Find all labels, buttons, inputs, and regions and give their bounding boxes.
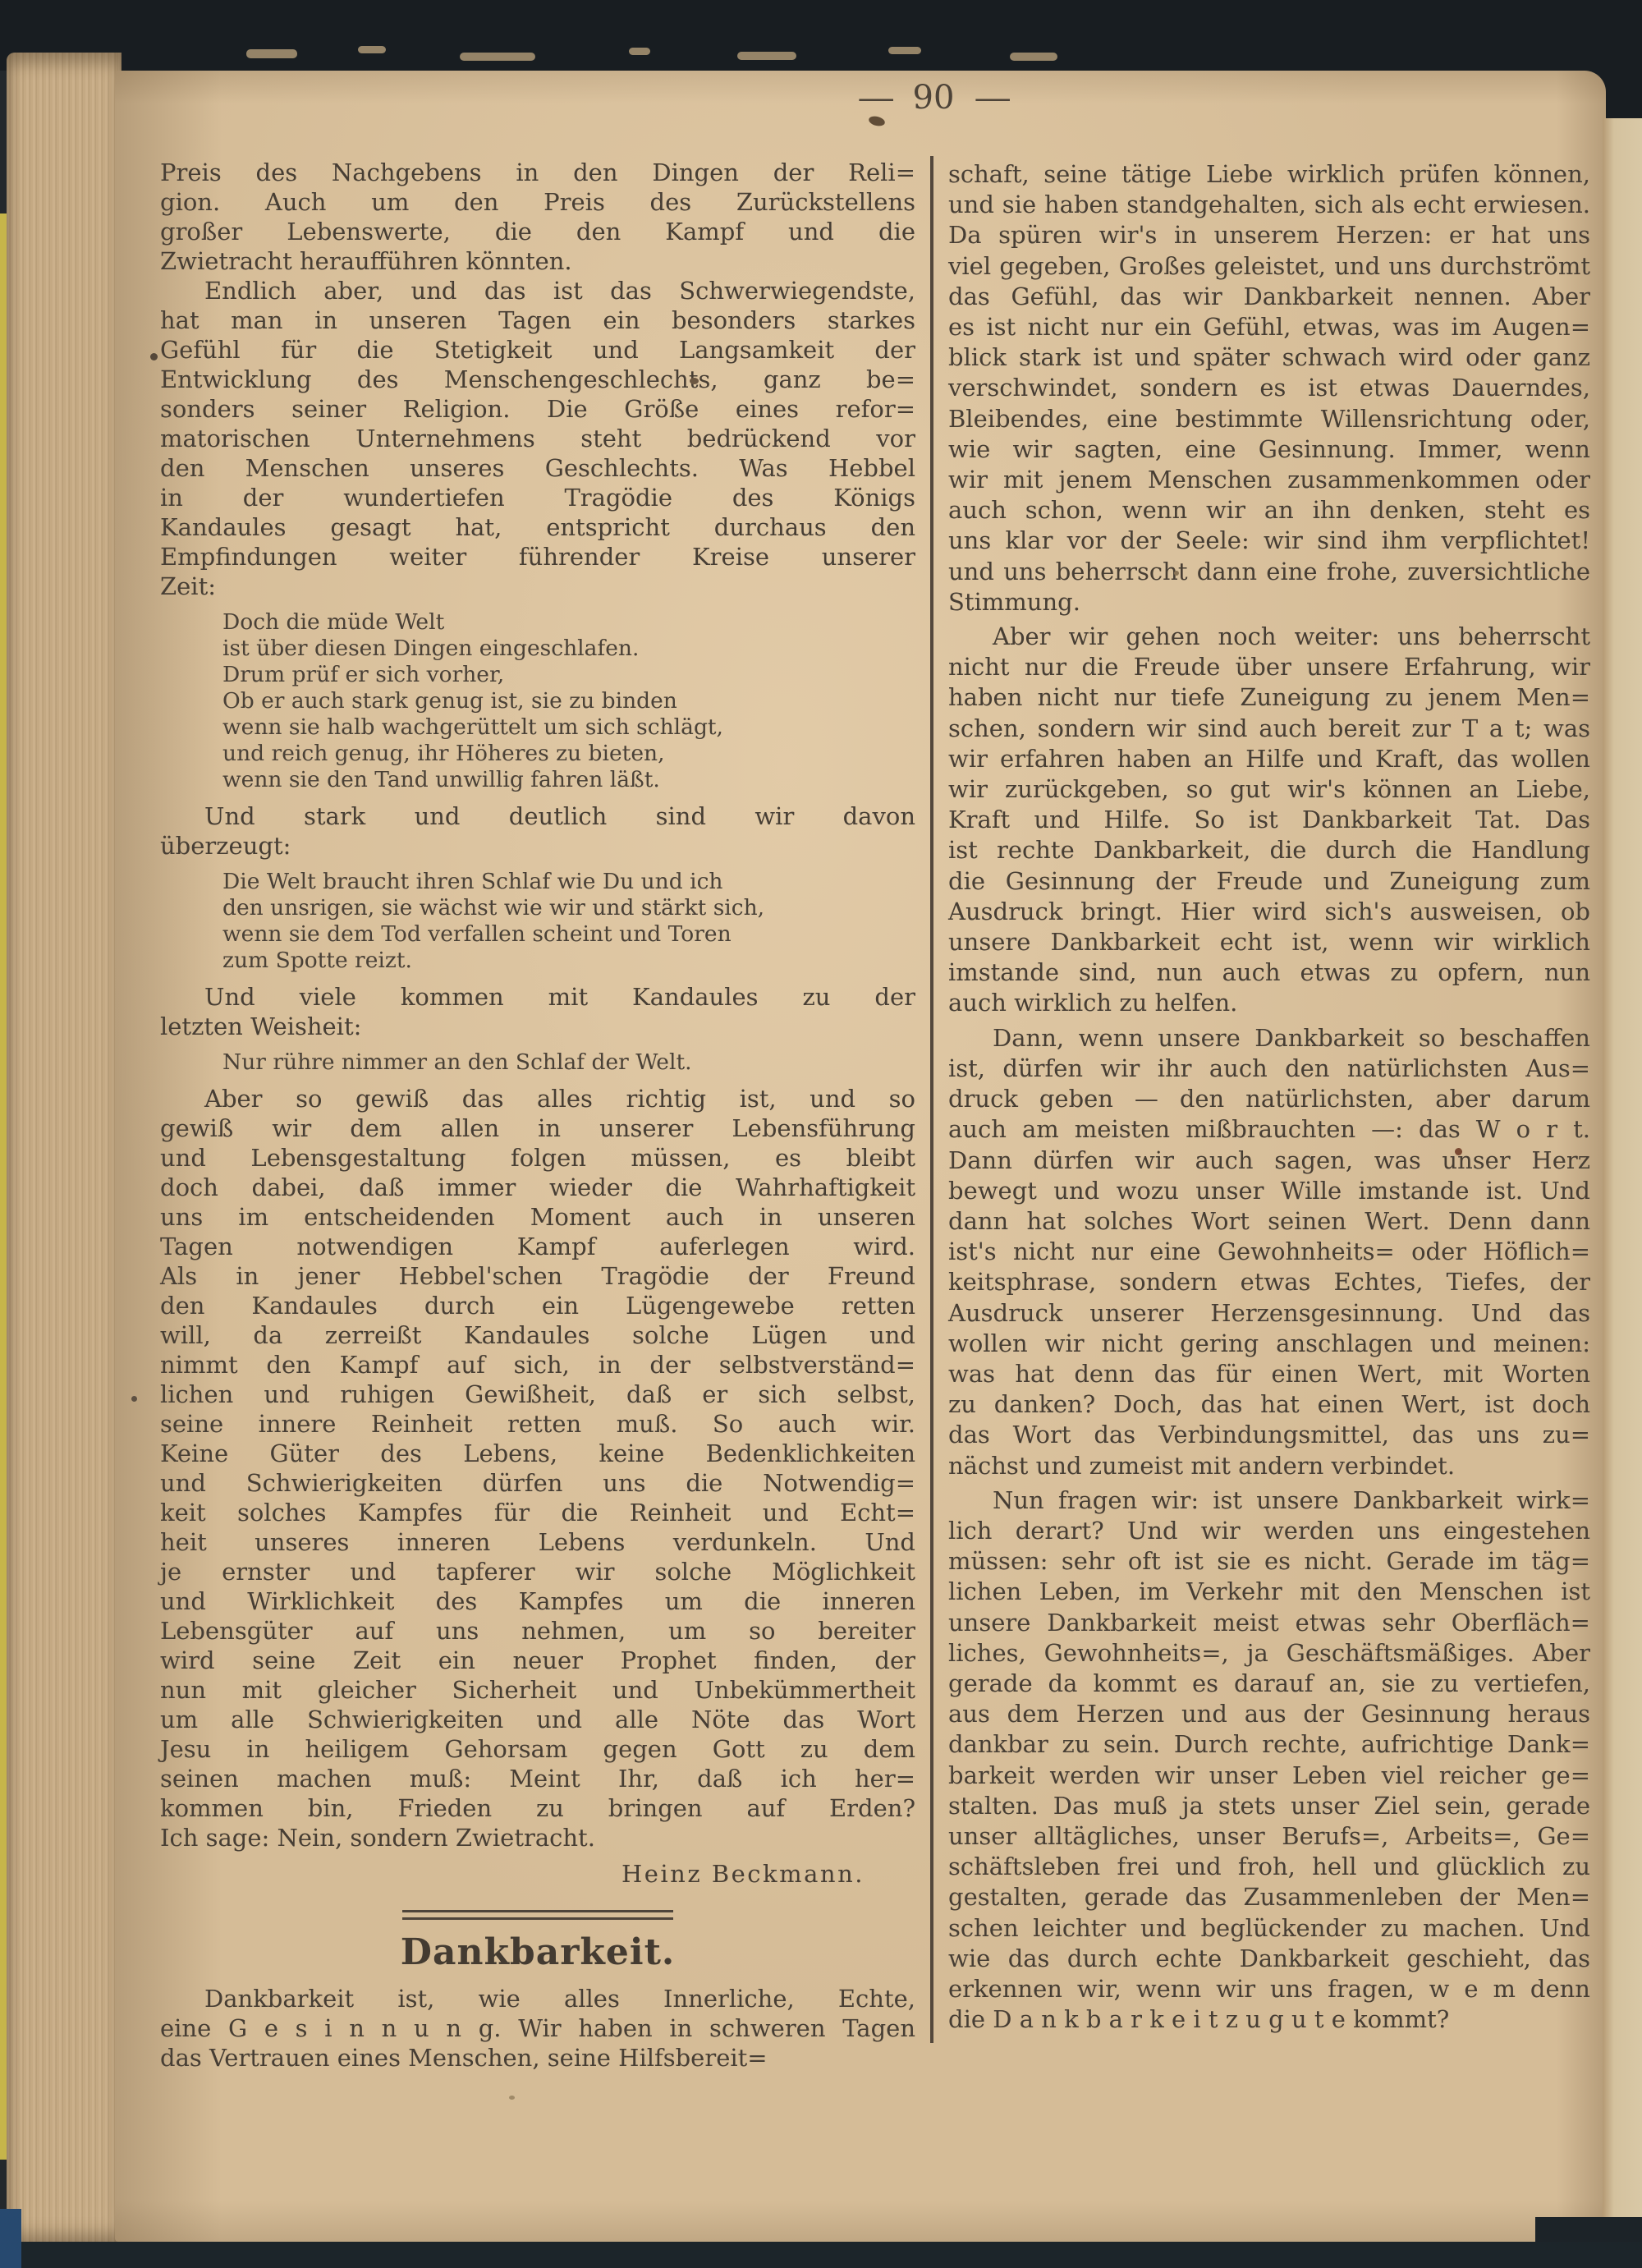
text-line: was hat denn das für einen Wert, mit Wor… bbox=[948, 1359, 1590, 1389]
ink-speck bbox=[150, 353, 158, 360]
text-line: und Wirklichkeit des Kampfes um die inne… bbox=[160, 1586, 915, 1616]
text-line: Kraft und Hilfe. So ist Dankbarkeit Tat.… bbox=[948, 805, 1590, 835]
paragraph: Aber so gewiß das alles richtig ist, und… bbox=[160, 1084, 915, 1853]
paragraph: Endlich aber, und das ist das Schwerwieg… bbox=[160, 276, 915, 601]
text-line: großer Lebenswerte, die den Kampf und di… bbox=[160, 217, 915, 246]
torn-edge-chip bbox=[737, 52, 796, 60]
text-line: Da spüren wir's in unserem Herzen: er ha… bbox=[948, 220, 1590, 250]
text-line: auch wirklich zu helfen. bbox=[948, 988, 1590, 1018]
text-line: blick stark ist und später schwach wird … bbox=[948, 342, 1590, 373]
text-line: Jesu in heiligem Gehorsam gegen Gott zu … bbox=[160, 1734, 915, 1764]
verse-line: den unsrigen, sie wächst wie wir und stä… bbox=[222, 895, 915, 921]
text-line: schen leichter und beglückender zu mache… bbox=[948, 1913, 1590, 1944]
text-line: Zeit: bbox=[160, 572, 915, 601]
verse-line: Nur rühre nimmer an den Schlaf der Welt. bbox=[222, 1049, 915, 1076]
ink-speck bbox=[1455, 1148, 1462, 1155]
text-line: Bleibendes, eine bestimmte Willensrichtu… bbox=[948, 404, 1590, 434]
text-line: liches, Gewohnheits=, ja Geschäftsmäßige… bbox=[948, 1638, 1590, 1669]
text-line: kommen bin, Frieden zu bringen auf Erden… bbox=[160, 1793, 915, 1823]
text-line: den Menschen unseres Geschlechts. Was He… bbox=[160, 453, 915, 483]
text-line: das Wort das Verbindungsmittel, das uns … bbox=[948, 1420, 1590, 1450]
text-line: Dankbarkeit ist, wie alles Innerliche, E… bbox=[160, 1984, 915, 2013]
text-line: wir erfahren haben an Hilfe und Kraft, d… bbox=[948, 744, 1590, 774]
text-line: unsere Dankbarkeit echt ist, wenn wir wi… bbox=[948, 927, 1590, 957]
paragraph: Und viele kommen mit Kandaules zu derlet… bbox=[160, 982, 915, 1041]
text-line: imstande sind, nun auch etwas zu opfern,… bbox=[948, 957, 1590, 988]
verse-line: wenn sie halb wachgerüttelt um sich schl… bbox=[222, 714, 915, 741]
text-line: keitsphrase, sondern etwas Echtes, Tiefe… bbox=[948, 1267, 1590, 1297]
text-line: barkeit werden wir unser Leben viel reic… bbox=[948, 1761, 1590, 1791]
torn-edge-chip bbox=[358, 46, 386, 53]
text-line: um alle Schwierigkeiten und alle Nöte da… bbox=[160, 1705, 915, 1734]
paper-fleck bbox=[1174, 571, 1179, 576]
book-cover-top-edge bbox=[0, 0, 1642, 71]
text-line: lichen Leben, im Verkehr mit den Mensche… bbox=[948, 1577, 1590, 1607]
text-line: keit solches Kampfes für die Reinheit un… bbox=[160, 1498, 915, 1527]
verse-line: wenn sie den Tand unwillig fahren läßt. bbox=[222, 767, 915, 793]
text-line: uns klar vor der Seele: wir sind ihm ver… bbox=[948, 526, 1590, 556]
text-line: doch dabei, daß immer wieder die Wahrhaf… bbox=[160, 1173, 915, 1202]
verse-line: Doch die müde Welt bbox=[222, 609, 915, 636]
text-line: dankbar zu sein. Durch rechte, aufrichti… bbox=[948, 1729, 1590, 1760]
text-line: ist rechte Dankbarkeit, die durch die Ha… bbox=[948, 835, 1590, 865]
verse-line: Drum prüf er sich vorher, bbox=[222, 662, 915, 688]
verse-line: Die Welt braucht ihren Schlaf wie Du und… bbox=[222, 869, 915, 895]
text-line: den Kandaules durch ein Lügengewebe rett… bbox=[160, 1291, 915, 1320]
double-rule bbox=[402, 1910, 673, 1920]
verse-line: ist über diesen Dingen eingeschlafen. bbox=[222, 636, 915, 662]
ink-speck bbox=[131, 1396, 137, 1402]
text-line: seinen machen muß: Meint Ihr, daß ich he… bbox=[160, 1764, 915, 1793]
text-line: aus dem Herzen und aus der Gesinnung her… bbox=[948, 1699, 1590, 1729]
text-line: Tagen notwendigen Kampf auferlegen wird. bbox=[160, 1232, 915, 1261]
text-line: uns im entscheidenden Moment auch in uns… bbox=[160, 1202, 915, 1232]
text-line: letzten Weisheit: bbox=[160, 1012, 915, 1041]
text-line: Keine Güter des Lebens, keine Bedenklich… bbox=[160, 1439, 915, 1468]
text-line: lichen und ruhigen Gewißheit, daß er sic… bbox=[160, 1380, 915, 1409]
text-line: das Gefühl, das wir Dankbarkeit nennen. … bbox=[948, 282, 1590, 312]
text-line: Dann dürfen wir auch sagen, was unser He… bbox=[948, 1145, 1590, 1176]
text-line: wird seine Zeit ein neuer Prophet finden… bbox=[160, 1646, 915, 1675]
text-line: überzeugt: bbox=[160, 831, 915, 861]
text-line: verschwindet, sondern es ist etwas Dauer… bbox=[948, 373, 1590, 403]
text-line: es ist nicht nur ein Gefühl, etwas, was … bbox=[948, 312, 1590, 342]
text-line: unsere Dankbarkeit meist etwas sehr Ober… bbox=[948, 1608, 1590, 1638]
paragraph: Preis des Nachgebens in den Dingen der R… bbox=[160, 158, 915, 276]
text-line: ist's nicht nur eine Gewohnheits= oder H… bbox=[948, 1237, 1590, 1267]
torn-edge-chip bbox=[1010, 53, 1057, 61]
text-line: Lebensgüter auf uns nehmen, um so bereit… bbox=[160, 1616, 915, 1646]
verse-quote: Die Welt braucht ihren Schlaf wie Du und… bbox=[222, 869, 915, 974]
text-line: Nun fragen wir: ist unsere Dankbarkeit w… bbox=[948, 1485, 1590, 1516]
text-line: dann hat solches Wort seinen Wert. Denn … bbox=[948, 1206, 1590, 1237]
text-line: Gefühl für die Stetigkeit und Langsamkei… bbox=[160, 335, 915, 365]
text-line: die Gesinnung der Freude und Zuneigung z… bbox=[948, 866, 1590, 897]
book-cover-bottom-edge bbox=[0, 2242, 1642, 2268]
text-line: heit unseres inneren Lebens verdunkeln. … bbox=[160, 1527, 915, 1557]
verse-quote: Doch die müde Weltist über diesen Dingen… bbox=[222, 609, 915, 793]
text-line: ist, dürfen wir ihr auch den natürlichst… bbox=[948, 1054, 1590, 1084]
text-line: je ernster und tapferer wir solche Mögli… bbox=[160, 1557, 915, 1586]
text-line: Aber wir gehen noch weiter: uns beherrsc… bbox=[948, 622, 1590, 652]
cover-navy-corner bbox=[0, 2209, 21, 2268]
text-line: die D a n k b a r k e i t z u g u t e ko… bbox=[948, 2004, 1590, 2035]
text-line: matorischen Unternehmens steht bedrücken… bbox=[160, 424, 915, 453]
paragraph: Dankbarkeit ist, wie alles Innerliche, E… bbox=[160, 1984, 915, 2073]
text-line: seine innere Reinheit retten muß. So auc… bbox=[160, 1409, 915, 1439]
text-line: Stimmung. bbox=[948, 587, 1590, 618]
paragraph: Nun fragen wir: ist unsere Dankbarkeit w… bbox=[948, 1485, 1590, 2036]
text-line: haben nicht nur tiefe Zuneigung zu jenem… bbox=[948, 682, 1590, 713]
verse-line: Ob er auch stark genug ist, sie zu binde… bbox=[222, 688, 915, 714]
torn-edge-chip bbox=[246, 49, 297, 58]
scanned-book-page: — 90 — Preis des Nachgebens in den Dinge… bbox=[0, 0, 1642, 2268]
text-line: wie das durch echte Dankbarkeit geschieh… bbox=[948, 1944, 1590, 1974]
text-line: Preis des Nachgebens in den Dingen der R… bbox=[160, 158, 915, 187]
text-line: lich derart? Und wir werden uns eingeste… bbox=[948, 1516, 1590, 1546]
text-line: erkennen wir, wenn wir uns fragen, w e m… bbox=[948, 1974, 1590, 2004]
text-line: hat man in unseren Tagen ein besonders s… bbox=[160, 305, 915, 335]
text-line: Und viele kommen mit Kandaules zu der bbox=[160, 982, 915, 1012]
page-number-dash-left: — bbox=[857, 80, 892, 116]
paragraph: schaft, seine tätige Liebe wirklich prüf… bbox=[948, 159, 1590, 618]
text-line: Dann, wenn unsere Dankbarkeit so beschaf… bbox=[948, 1023, 1590, 1054]
text-line: und Lebensgestaltung folgen müssen, es b… bbox=[160, 1143, 915, 1173]
ink-speck bbox=[690, 378, 699, 384]
text-line: auch schon, wenn wir an ihn denken, steh… bbox=[948, 495, 1590, 526]
section-heading: Dankbarkeit. bbox=[160, 1933, 915, 1972]
text-line: nun mit gleicher Sicherheit und Unbekümm… bbox=[160, 1675, 915, 1705]
text-line: wie wir sagten, eine Gesinnung. Immer, w… bbox=[948, 434, 1590, 465]
text-line: und uns beherrscht dann eine frohe, zuve… bbox=[948, 557, 1590, 587]
paragraph: Und stark und deutlich sind wir davonübe… bbox=[160, 801, 915, 861]
text-line: müssen: sehr oft ist sie es nicht. Gerad… bbox=[948, 1546, 1590, 1577]
text-line: wollen wir nicht gering anschlagen und m… bbox=[948, 1329, 1590, 1359]
text-line: schaft, seine tätige Liebe wirklich prüf… bbox=[948, 159, 1590, 190]
text-line: stalten. Das muß ja stets unser Ziel sei… bbox=[948, 1791, 1590, 1821]
page-block-fore-edge bbox=[7, 53, 122, 2245]
text-line: Entwicklung des Menschengeschlechts, gan… bbox=[160, 365, 915, 394]
text-line: viel gegeben, Großes geleistet, und uns … bbox=[948, 251, 1590, 282]
paragraph: Dann, wenn unsere Dankbarkeit so beschaf… bbox=[948, 1023, 1590, 1481]
text-line: und sie haben standgehalten, sich als ec… bbox=[948, 190, 1590, 220]
text-line: Empfindungen weiter führender Kreise uns… bbox=[160, 542, 915, 572]
text-line: auch am meisten mißbrauchten —: das W o … bbox=[948, 1114, 1590, 1145]
verse-quote: Nur rühre nimmer an den Schlaf der Welt. bbox=[222, 1049, 915, 1076]
page-number-dash-right: — bbox=[975, 80, 1010, 116]
text-line: wir zurückgeben, so gut wir's können an … bbox=[948, 774, 1590, 805]
torn-edge-chip bbox=[888, 47, 921, 54]
text-line: das Vertrauen eines Menschen, seine Hilf… bbox=[160, 2043, 915, 2073]
page-header: — 90 — bbox=[827, 79, 1040, 117]
text-line: in der wundertiefen Tragödie des Königs bbox=[160, 483, 915, 512]
text-line: Ausdruck unserer Herzensgesinnung. Und d… bbox=[948, 1298, 1590, 1329]
text-line: Als in jener Hebbel'schen Tragödie der F… bbox=[160, 1261, 915, 1291]
text-line: unser alltägliches, unser Berufs=, Arbei… bbox=[948, 1821, 1590, 1852]
text-line: Zwietracht heraufführen könnten. bbox=[160, 246, 915, 276]
text-line: bewegt und wozu unser Wille imstande ist… bbox=[948, 1176, 1590, 1206]
text-line: Ich sage: Nein, sondern Zwietracht. bbox=[160, 1823, 915, 1853]
text-line: Ausdruck bringt. Hier wird sich's auswei… bbox=[948, 897, 1590, 927]
text-line: druck geben — den natürlichsten, aber da… bbox=[948, 1084, 1590, 1114]
text-line: Und stark und deutlich sind wir davon bbox=[160, 801, 915, 831]
text-line: gerade da kommt es darauf an, sie zu ver… bbox=[948, 1669, 1590, 1699]
text-line: und Schwierigkeiten dürfen uns die Notwe… bbox=[160, 1468, 915, 1498]
text-line: gion. Auch um den Preis des Zurückstelle… bbox=[160, 187, 915, 217]
verse-line: und reich genug, ihr Höheres zu bieten, bbox=[222, 741, 915, 767]
text-line: schäftsleben frei und froh, hell und glü… bbox=[948, 1852, 1590, 1882]
text-line: wir mit jenem Menschen zusammenkommen od… bbox=[948, 465, 1590, 495]
text-line: will, da zerreißt Kandaules solche Lügen… bbox=[160, 1320, 915, 1350]
column-divider-rule bbox=[930, 156, 933, 2043]
torn-edge-chip bbox=[629, 48, 650, 55]
text-line: gewiß wir dem allen in unserer Lebensfüh… bbox=[160, 1113, 915, 1143]
text-line: eine G e s i n n u n g. Wir haben in sch… bbox=[160, 2013, 915, 2043]
text-line: Aber so gewiß das alles richtig ist, und… bbox=[160, 1084, 915, 1113]
text-line: Endlich aber, und das ist das Schwerwieg… bbox=[160, 276, 915, 305]
text-line: zu danken? Doch, das hat einen Wert, ist… bbox=[948, 1389, 1590, 1420]
author-signature: Heinz Beckmann. bbox=[160, 1859, 915, 1889]
text-line: Kandaules gesagt hat, entspricht durchau… bbox=[160, 512, 915, 542]
right-column: schaft, seine tätige Liebe wirklich prüf… bbox=[948, 159, 1590, 2035]
text-line: nimmt den Kampf auf sich, in der selbstv… bbox=[160, 1350, 915, 1380]
text-line: nächst und zumeist mit andern verbindet. bbox=[948, 1451, 1590, 1481]
page-number: 90 bbox=[913, 79, 955, 117]
next-page-edge bbox=[1603, 118, 1642, 2227]
paper-fleck bbox=[509, 2096, 515, 2100]
text-line: gestalten, gerade das Zusammenleben der … bbox=[948, 1882, 1590, 1912]
text-line: nicht nur die Freude über unsere Erfahru… bbox=[948, 652, 1590, 682]
verse-line: wenn sie dem Tod verfallen scheint und T… bbox=[222, 921, 915, 948]
left-column: Preis des Nachgebens in den Dingen der R… bbox=[160, 158, 915, 2073]
verse-line: zum Spotte reizt. bbox=[222, 948, 915, 974]
text-line: sonders seiner Religion. Die Größe eines… bbox=[160, 394, 915, 424]
paragraph: Aber wir gehen noch weiter: uns beherrsc… bbox=[948, 622, 1590, 1019]
torn-edge-chip bbox=[460, 53, 535, 61]
text-line: schen, sondern wir sind auch bereit zur … bbox=[948, 714, 1590, 744]
